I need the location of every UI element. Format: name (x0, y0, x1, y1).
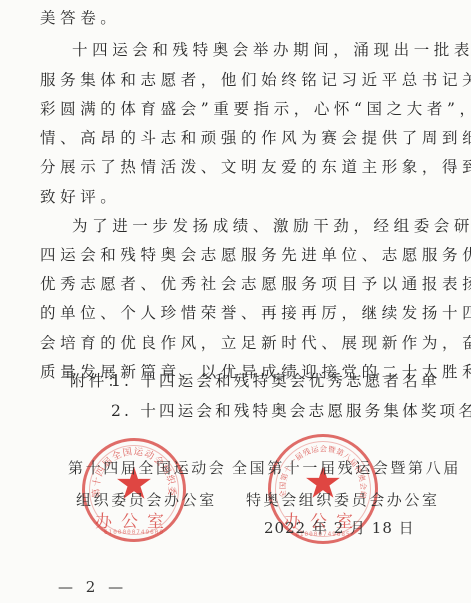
body-line: 四运会和残特奥会志愿服务先进单位、志愿服务优秀组织单位、 (40, 245, 420, 265)
signature-right-line1: 全国第十一届残运会暨第八届 (232, 458, 461, 478)
body-line: 十四运会和残特奥会举办期间，涌现出一批表现突出的志愿 (72, 40, 420, 60)
body-line: 的单位、个人珍惜荣誉、再接再厉，继续发扬十四运会和残特奥 (40, 303, 420, 323)
body-line: 致好评。 (40, 187, 420, 207)
body-line: 会培育的优良作风，立足新时代、展现新作为，奋力谱写陕西高 (40, 333, 420, 353)
signature-left-line2: 组织委员会办公室 (76, 490, 217, 510)
body-line: 情、高昂的斗志和顽强的作风为赛会提供了周到细致的服务，充 (40, 128, 420, 148)
body-line: 优秀志愿者、优秀社会志愿服务项目予以通报表扬。希望受表扬 (40, 274, 420, 294)
body-line: 美答卷。 (40, 8, 420, 28)
attachment-item-2: 2. 十四运会和残特奥会志愿服务集体奖项名单 (111, 401, 471, 421)
body-line: 分展示了热情活泼、文明友爱的东道主形象，得到了社会各界一 (40, 157, 420, 177)
document-date: 2022 年 2 月 18 日 (264, 518, 415, 538)
seal-code: 6100000749600 (85, 529, 183, 536)
signature-left-line1: 第十四届全国运动会 (68, 458, 226, 478)
body-line: 彩圆满的体育盛会”重要指示，心怀“国之大者”，以饱满的热 (40, 99, 420, 119)
attachment-item-1: 1. 十四运会和残特奥会优秀志愿者名单 (111, 371, 440, 391)
signature-right-line2: 特奥会组织委员会办公室 (246, 490, 440, 510)
body-line: 服务集体和志愿者，他们始终铭记习近平总书记关于“办一届精 (40, 70, 420, 90)
document-page: 美答卷。 十四运会和残特奥会举办期间，涌现出一批表现突出的志愿 服务集体和志愿者… (0, 0, 471, 603)
body-line: 为了进一步发扬成绩、激励干劲，经组委会研究同意，对十 (72, 216, 420, 236)
page-number: — 2 — (58, 578, 127, 596)
